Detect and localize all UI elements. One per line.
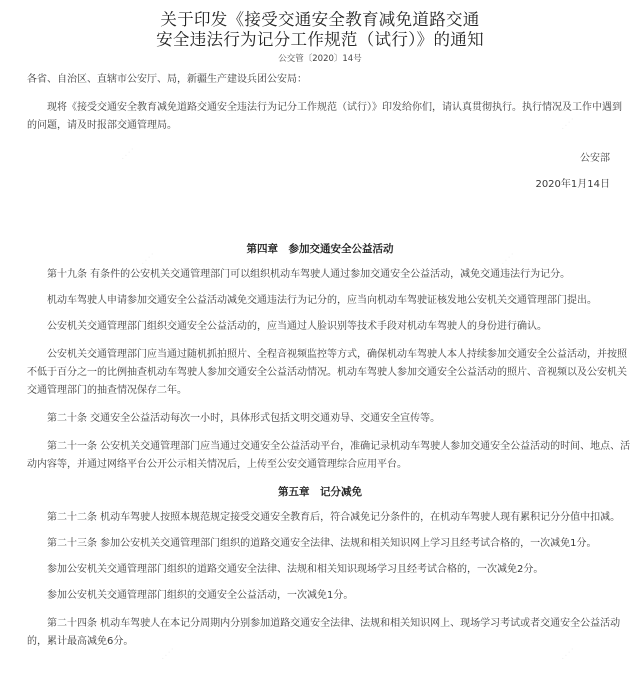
signature: 公安部 <box>580 149 610 164</box>
document-number: 公交管〔2020〕14号 <box>0 52 640 64</box>
watermark: · · · · <box>559 116 576 133</box>
salutation: 各省、自治区、直辖市公安厅、局，新疆生产建设兵团公安局： <box>27 71 307 89</box>
article-21-line2: 动内容等，并通过网络平台公开公示相关情况后，上传至公安交通管理综合应用平台。 <box>27 456 407 474</box>
article-23-para2: 参加公安机关交通管理部门组织的道路交通安全法律、法规和相关知识现场学习且经考试合… <box>47 561 543 579</box>
article-21-line1: 第二十一条 公安机关交通管理部门应当通过交通安全公益活动平台，准确记录机动车驾驶… <box>47 438 630 456</box>
intro-paragraph-line2: 的问题，请及时报部交通管理局。 <box>27 117 177 135</box>
document-page: 关于印发《接受交通安全教育减免道路交通 安全违法行为记分工作规范（试行）》的通知… <box>0 0 640 675</box>
article-19-para4-line1: 公安机关交通管理部门应当通过随机抓拍照片、全程音视频监控等方式，确保机动车驾驶人… <box>47 346 627 364</box>
article-20: 第二十条 交通安全公益活动每次一小时，具体形式包括文明交通劝导、交通安全宣传等。 <box>47 410 440 428</box>
watermark: · · · · <box>119 146 136 163</box>
watermark: · · · · <box>559 646 576 663</box>
watermark: · · · · <box>159 646 176 663</box>
article-23-para3: 参加公安机关交通管理部门组织的交通安全公益活动，一次减免1分。 <box>47 587 353 605</box>
article-23: 第二十三条 参加公安机关交通管理部门组织的道路交通安全法律、法规和相关知识网上学… <box>47 535 597 553</box>
intro-paragraph-line1: 现将《接受交通安全教育减免道路交通安全违法行为记分工作规范（试行）》印发给你们，… <box>47 99 622 117</box>
article-22: 第二十二条 机动车驾驶人按照本规范规定接受交通安全教育后，符合减免记分条件的，在… <box>47 509 620 527</box>
chapter-4-heading: 第四章 参加交通安全公益活动 <box>0 241 640 256</box>
article-19-para3: 公安机关交通管理部门组织交通安全公益活动的，应当通过人脸识别等技术手段对机动车驾… <box>47 318 547 336</box>
article-19-para2: 机动车驾驶人申请参加交通安全公益活动减免交通违法行为记分的，应当向机动车驾驶证核… <box>47 292 597 310</box>
article-24-line2: 的，累计最高减免6分。 <box>27 633 133 651</box>
article-24-line1: 第二十四条 机动车驾驶人在本记分周期内分别参加道路交通安全法律、法规和相关知识网… <box>47 615 620 633</box>
chapter-5-heading: 第五章 记分减免 <box>0 484 640 499</box>
document-title-line1: 关于印发《接受交通安全教育减免道路交通 <box>0 10 640 30</box>
article-19-para4-line2: 不低于百分之一的比例抽查机动车驾驶人参加交通安全公益活动情况。机动车驾驶人参加交… <box>27 364 627 382</box>
article-19-para4-line3: 交通管理部门的抽查情况保存二年。 <box>27 382 187 400</box>
document-title-line2: 安全违法行为记分工作规范（试行）》的通知 <box>0 30 640 50</box>
article-19: 第十九条 有条件的公安机关交通管理部门可以组织机动车驾驶人通过参加交通安全公益活… <box>47 266 570 284</box>
issue-date: 2020年1月14日 <box>535 175 610 190</box>
